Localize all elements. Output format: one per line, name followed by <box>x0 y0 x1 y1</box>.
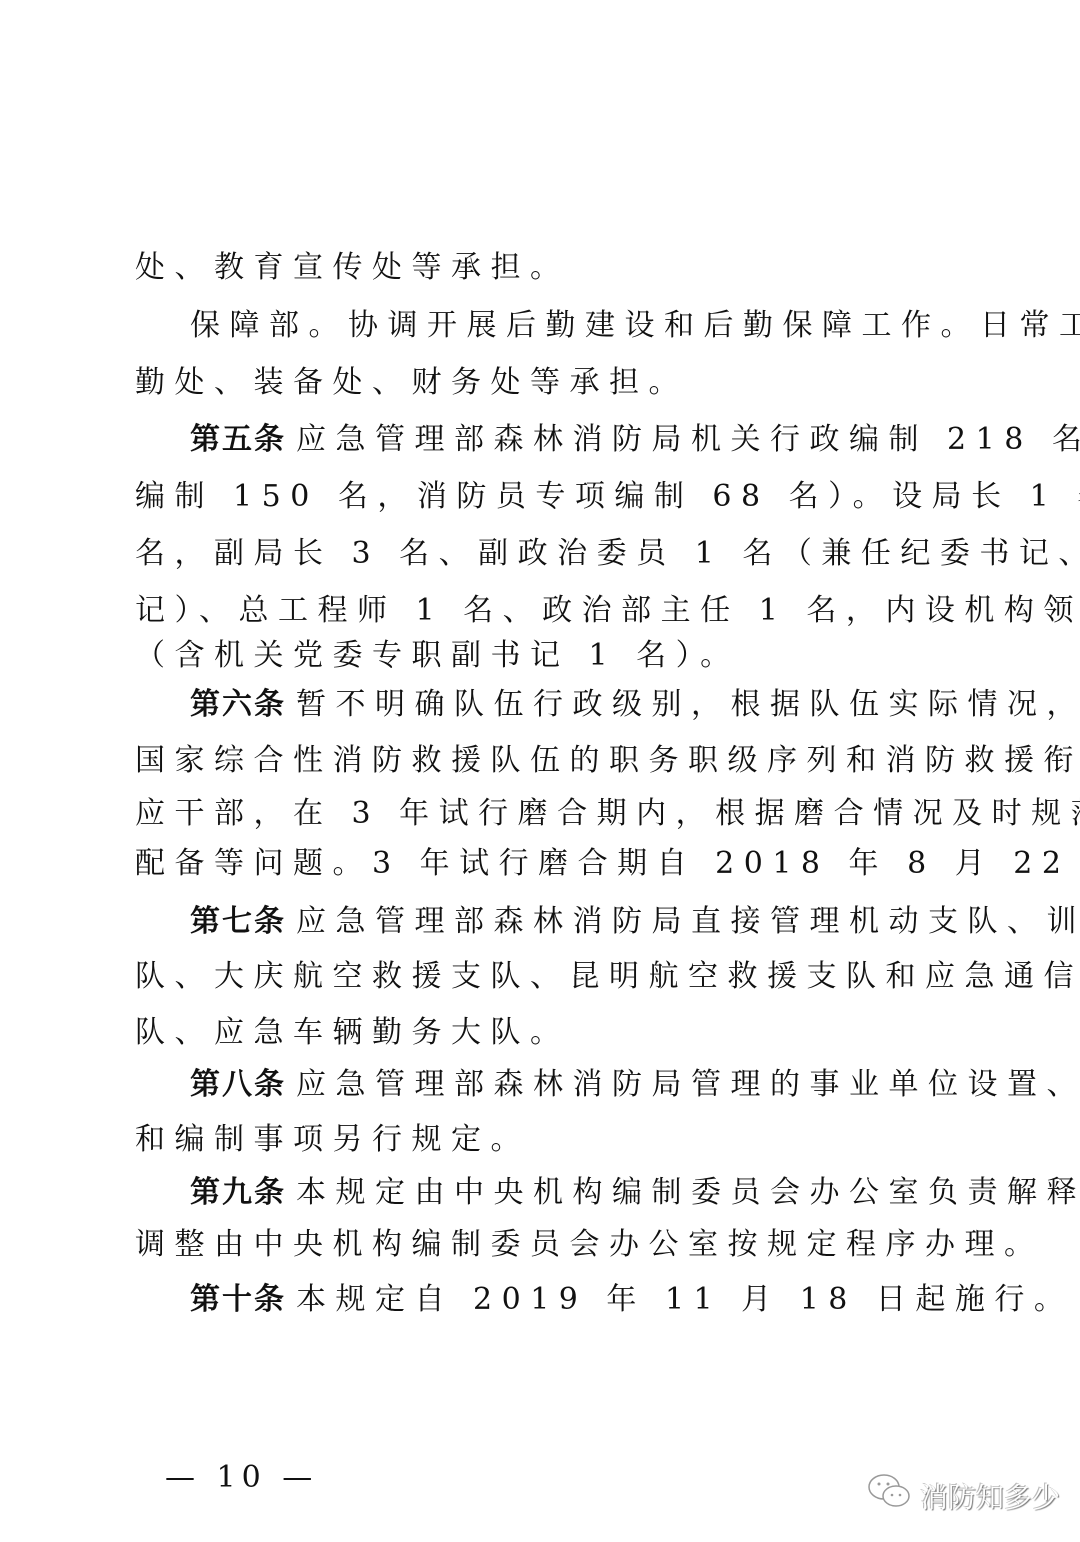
article-6-heading-line: 第六条暂不明确队伍行政级别，根据队伍实际情况，按照 <box>190 685 947 725</box>
text-line: 国家综合性消防救援队伍的职务职级序列和消防救援衔级配备相 <box>135 741 947 781</box>
text-line: 勤处、装备处、财务处等承担。 <box>135 363 947 403</box>
wechat-icon <box>866 1472 914 1519</box>
article-label: 第九条 <box>190 1175 286 1210</box>
text-line: 队、大庆航空救援支队、昆明航空救援支队和应急通信保障大 <box>135 957 947 997</box>
text-line: 和编制事项另行规定。 <box>135 1120 947 1160</box>
document-page: 处、教育宣传处等承担。 保障部。协调开展后勤建设和后勤保障工作。日常工作由后 勤… <box>0 0 1080 1542</box>
article-8-heading-line: 第八条应急管理部森林消防局管理的事业单位设置、职责 <box>190 1065 947 1105</box>
article-label: 第五条 <box>190 422 286 457</box>
article-label: 第六条 <box>190 687 286 722</box>
text-line: 应干部，在 3 年试行磨合期内，根据磨合情况及时规范领导职数 <box>135 794 947 834</box>
text-line: 保障部。协调开展后勤建设和后勤保障工作。日常工作由后 <box>190 306 947 346</box>
text-line: 队、应急车辆勤务大队。 <box>135 1013 947 1053</box>
text-line: 记）、总工程师 1 名、政治部主任 1 名，内设机构领导职数 43 名 <box>135 591 947 631</box>
article-7-heading-line: 第七条应急管理部森林消防局直接管理机动支队、训练支 <box>190 902 947 942</box>
watermark: 消防知多少 <box>866 1472 1060 1519</box>
text-line: 处、教育宣传处等承担。 <box>135 248 947 288</box>
article-9-heading-line: 第九条本规定由中央机构编制委员会办公室负责解释，其 <box>190 1173 947 1213</box>
article-label: 第十条 <box>190 1282 286 1317</box>
text-line: 调整由中央机构编制委员会办公室按规定程序办理。 <box>135 1225 947 1265</box>
watermark-text: 消防知多少 <box>920 1476 1060 1516</box>
article-label: 第七条 <box>190 904 286 939</box>
article-label: 第八条 <box>190 1067 286 1102</box>
text-line: 编制 150 名，消防员专项编制 68 名）。设局长 1 名、政治委员 1 <box>135 477 947 517</box>
text-line: （含机关党委专职副书记 1 名）。 <box>135 636 947 676</box>
article-10-heading-line: 第十条本规定自 2019 年 11 月 18 日起施行。 <box>190 1280 947 1320</box>
text-line: 名，副局长 3 名、副政治委员 1 名（兼任纪委书记、机关党委书 <box>135 534 947 574</box>
page-number: — 10 — <box>165 1460 318 1495</box>
text-line: 配备等问题。3 年试行磨合期自 2018 年 8 月 22 日起算。 <box>135 844 947 884</box>
article-5-heading-line: 第五条应急管理部森林消防局机关行政编制 218 名（干部 <box>190 420 947 460</box>
